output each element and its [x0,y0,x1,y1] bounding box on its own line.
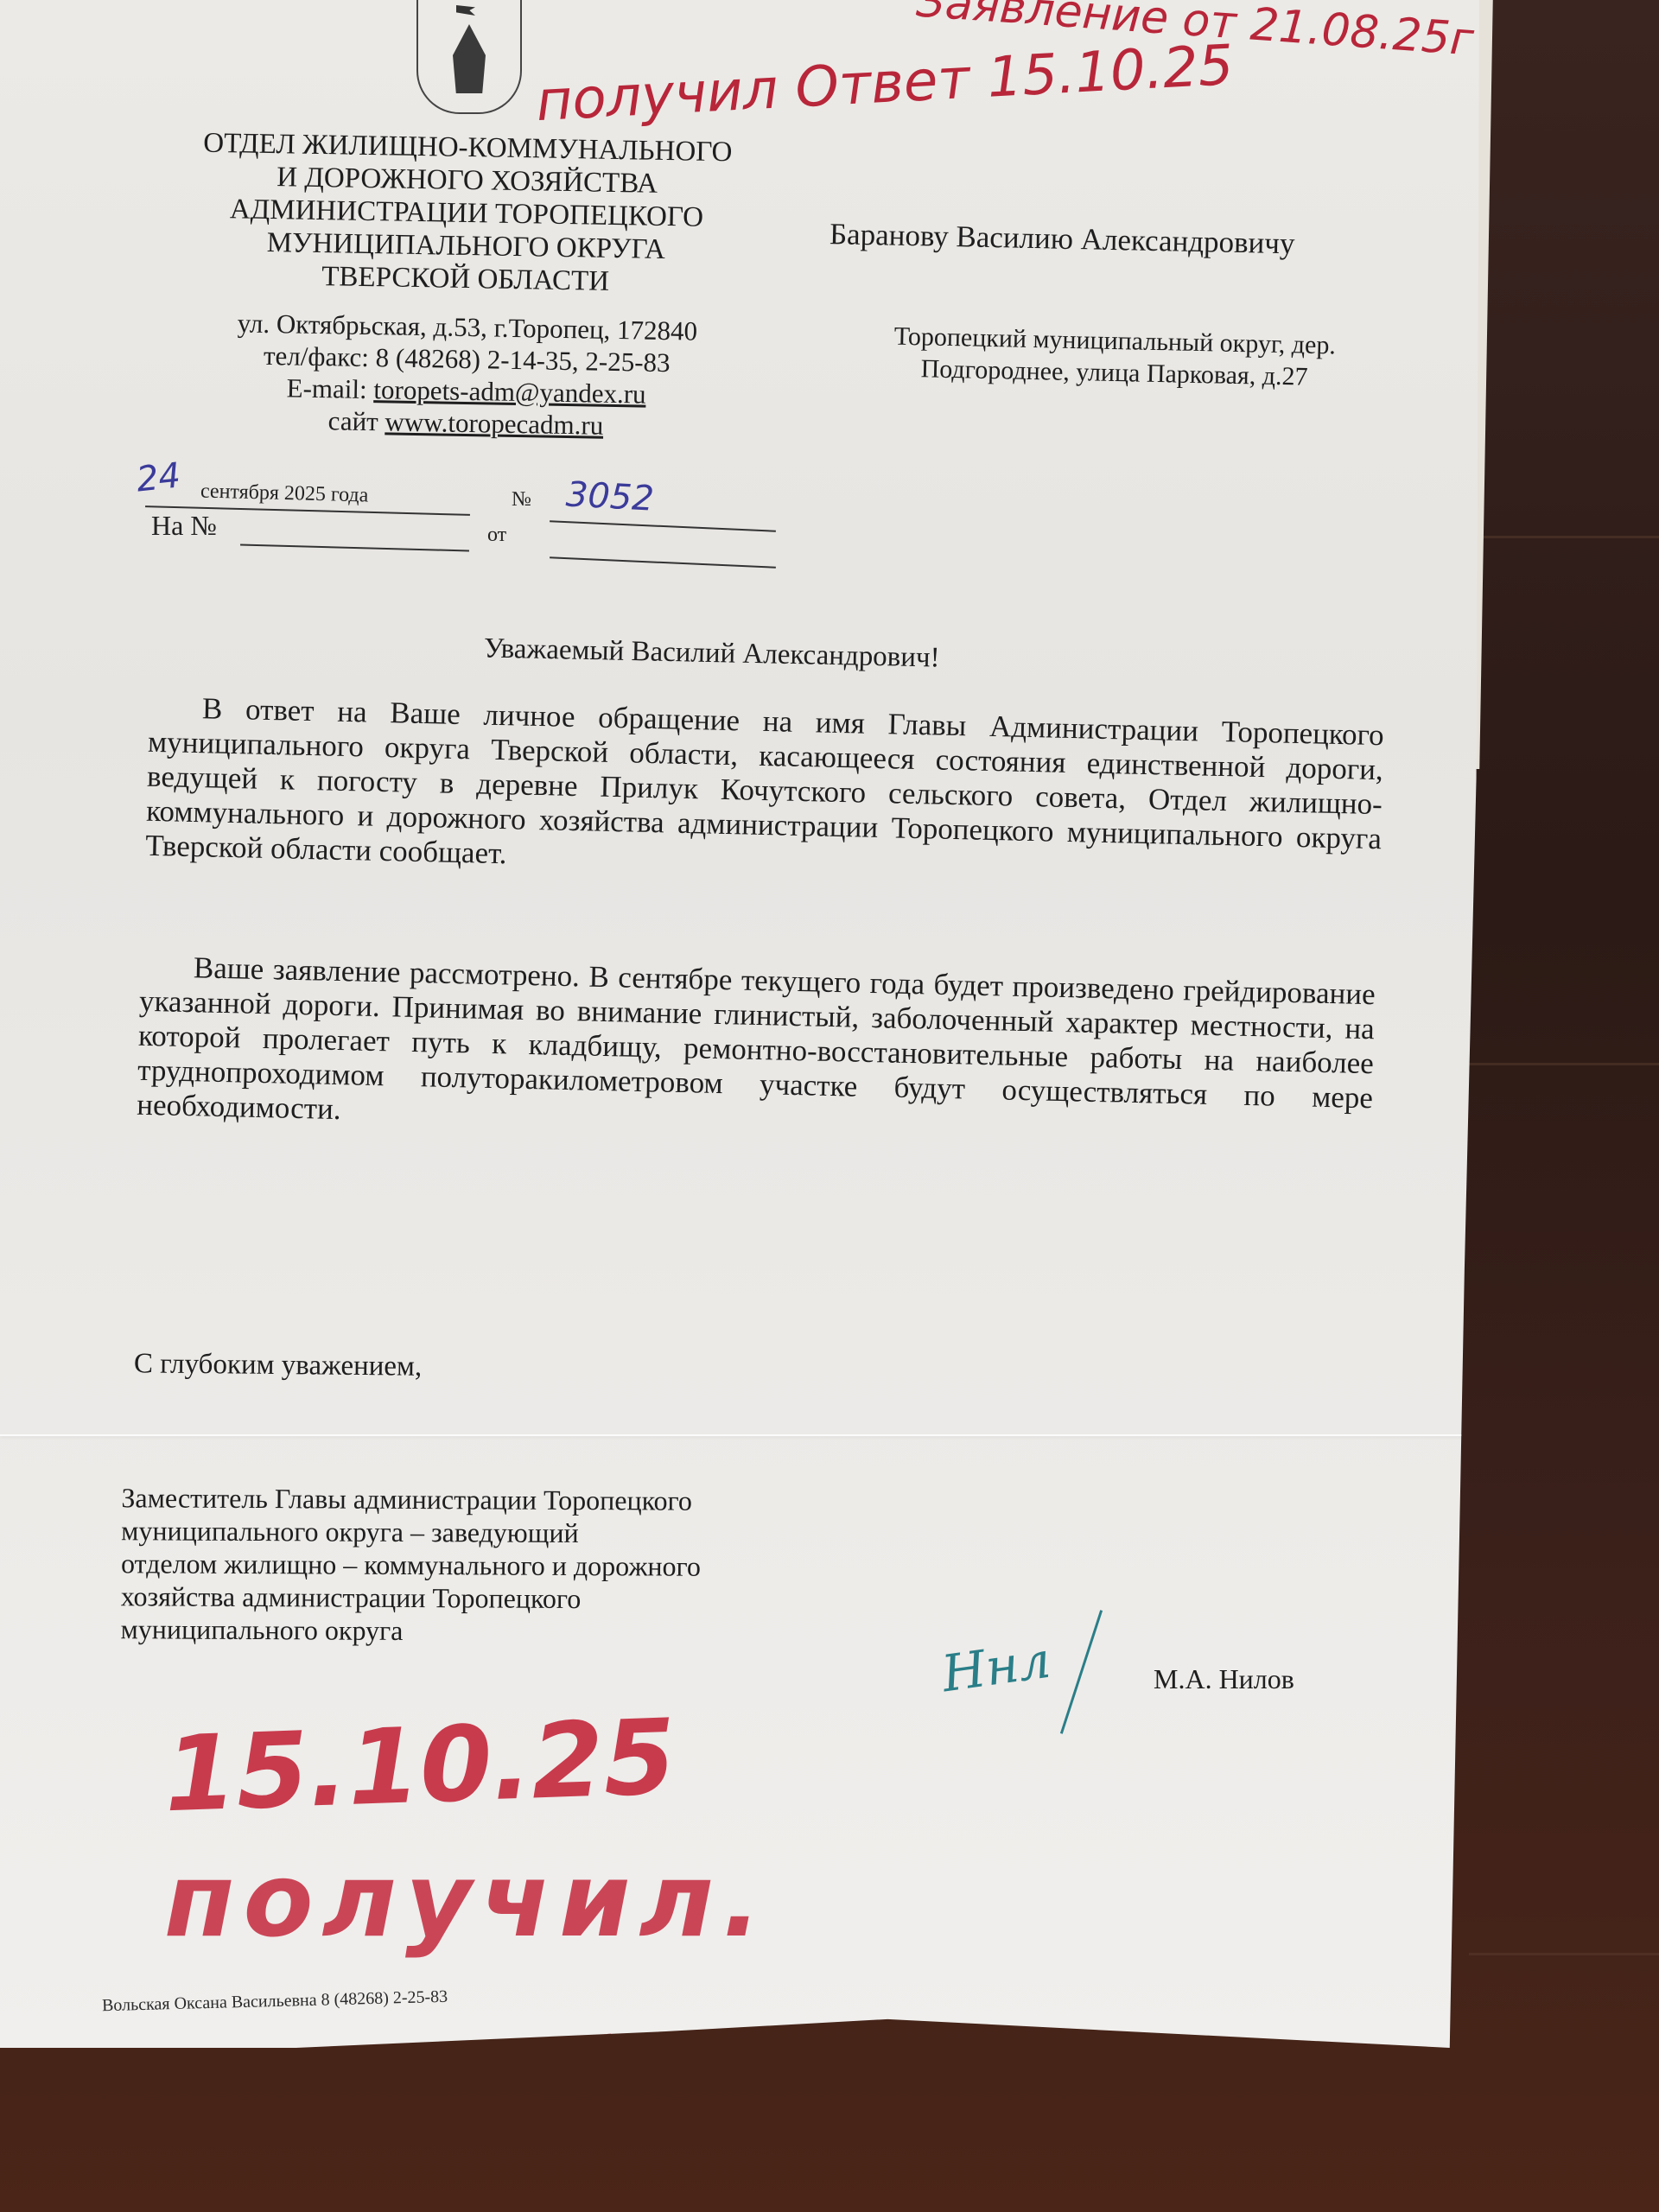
handwritten-number: 3052 [565,474,655,518]
letter-paragraph-1: В ответ на Ваше личное обращение на имя … [145,690,1384,891]
letterhead-contacts: ул. Октябрьская, д.53, г.Торопец, 172840… [146,306,787,445]
coat-of-arms-icon [416,0,522,114]
wood-grain [1469,1063,1659,1065]
number-label: № [512,488,531,512]
from-label: от [487,524,506,547]
signer-position: Заместитель Главы администрации Торопецк… [121,1481,702,1649]
number-underline [550,520,776,531]
salutation: Уважаемый Василий Александрович! [484,632,940,674]
flag-icon [456,5,475,16]
email-label: E-mail: [286,372,373,404]
handwritten-note-top-2: получил Ответ 15.10.25 [535,34,1236,134]
position-line: муниципального округа – заведующий [121,1514,701,1550]
reply-number-underline [240,544,469,552]
position-line: отделом жилищно – коммунального и дорожн… [121,1547,701,1583]
recipient-address: Торопецкий муниципальный округ, дер. Под… [829,319,1400,395]
paragraph-text: В ответ на Ваше личное обращение на имя … [145,690,1384,891]
letter-date: сентября 2025 года [200,480,369,507]
position-line: хозяйства администрации Торопецкого [121,1580,701,1616]
reply-to-label: На № [151,510,217,542]
handwritten-day: 24 [135,455,182,499]
handwritten-received-date: 15.10.25 [162,1698,678,1836]
closing-phrase: С глубоким уважением, [134,1348,423,1382]
wood-grain [1469,536,1659,538]
handwritten-received-word: получил. [164,1840,770,1960]
signature-stroke [1060,1610,1103,1734]
letter-paragraph-2: Ваше заявление рассмотрено. В сентябре т… [137,950,1376,1150]
position-line: муниципального округа [121,1612,701,1649]
handwritten-signature: Ннл [938,1630,1054,1704]
executor-contact: Вольская Оксана Васильевна 8 (48268) 2-2… [102,1987,448,2016]
signer-name: М.А. Нилов [1154,1663,1294,1695]
paragraph-text: Ваше заявление рассмотрено. В сентябре т… [137,950,1376,1150]
tower-icon [453,24,486,93]
wood-grain [1469,1953,1659,1955]
position-line: Заместитель Главы администрации Торопецк… [121,1481,701,1517]
recipient-name: Баранову Василию Александровичу [829,217,1401,264]
letterhead-organization: ОТДЕЛ ЖИЛИЩНО-КОММУНАЛЬНОГО И ДОРОЖНОГО … [145,126,787,302]
paper-fold-line [0,1434,1479,1436]
from-date-underline [550,556,776,568]
site-link[interactable]: www.toropecadm.ru [385,406,603,440]
email-link[interactable]: toropets-adm@yandex.ru [373,374,646,409]
letter-document: ОТДЕЛ ЖИЛИЩНО-КОММУНАЛЬНОГО И ДОРОЖНОГО … [0,0,1479,2048]
site-label: сайт [327,405,385,436]
